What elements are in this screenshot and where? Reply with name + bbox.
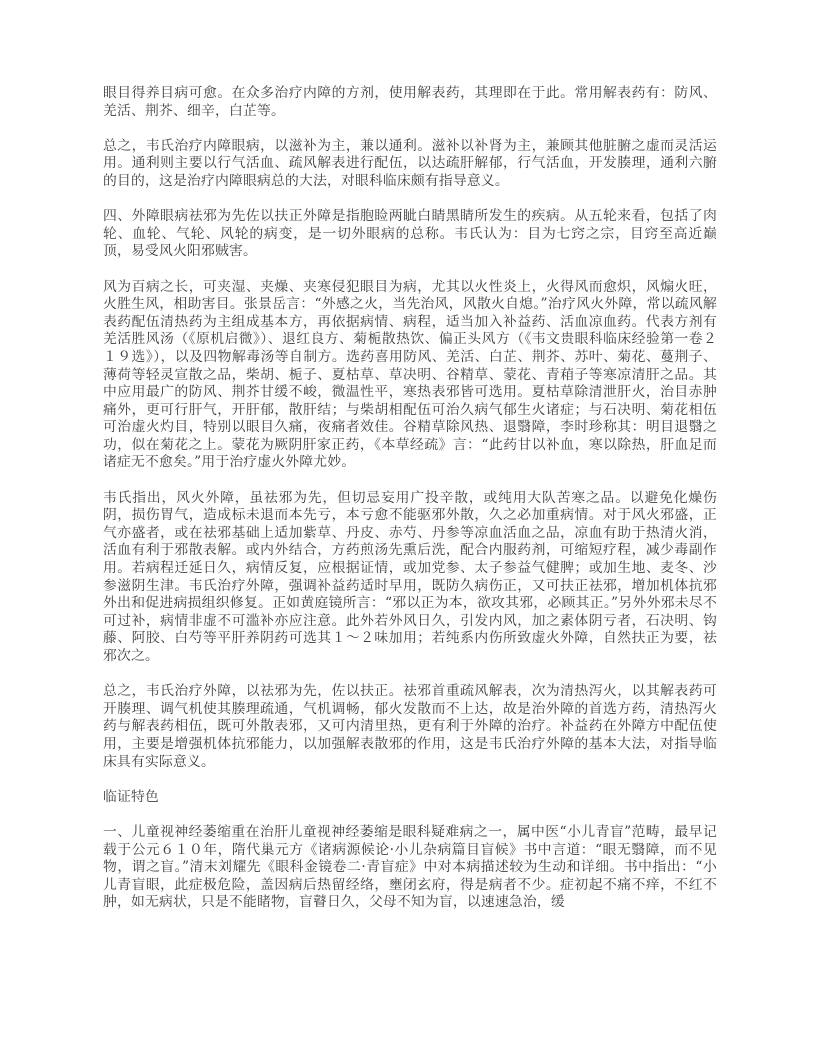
paragraph-7-pediatric-optic-atrophy: 一、儿童视神经萎缩重在治肝儿童视神经萎缩是眼科疑难病之一，属中医“小儿青盲”范畴… xyxy=(103,824,717,912)
paragraph-1: 眼目得养目病可愈。在众多治疗内障的方剂，使用解表药，其理即在于此。常用解表药有：… xyxy=(103,85,717,120)
paragraph-3-section-4-external-disorders: 四、外障眼病祛邪为先佐以扶正外障是指胞睑两眦白睛黑睛所发生的疾病。从五轮来看，包… xyxy=(103,208,717,261)
section-heading-clinical-features: 临证特色 xyxy=(103,789,717,807)
paragraph-2: 总之，韦氏治疗内障眼病，以滋补为主，兼以通利。滋补以补肾为主，兼顾其他脏腑之虚而… xyxy=(103,138,717,191)
paragraph-6-summary: 总之，韦氏治疗外障，以祛邪为先，佐以扶正。祛邪首重疏风解表，次为清热泻火，以其解… xyxy=(103,683,717,771)
document-page: 眼目得养目病可愈。在众多治疗内障的方剂，使用解表药，其理即在于此。常用解表药有：… xyxy=(103,85,717,912)
paragraph-4-wind-fire: 风为百病之长，可夹湿、夹燥、夹寒侵犯眼目为病，尤其以火性炎上，火得风而愈炽，风煽… xyxy=(103,279,717,473)
paragraph-5-wei-advice: 韦氏指出，风火外障，虽祛邪为先，但切忌妄用广投辛散，或纯用大队苦寒之品。以避免化… xyxy=(103,490,717,666)
